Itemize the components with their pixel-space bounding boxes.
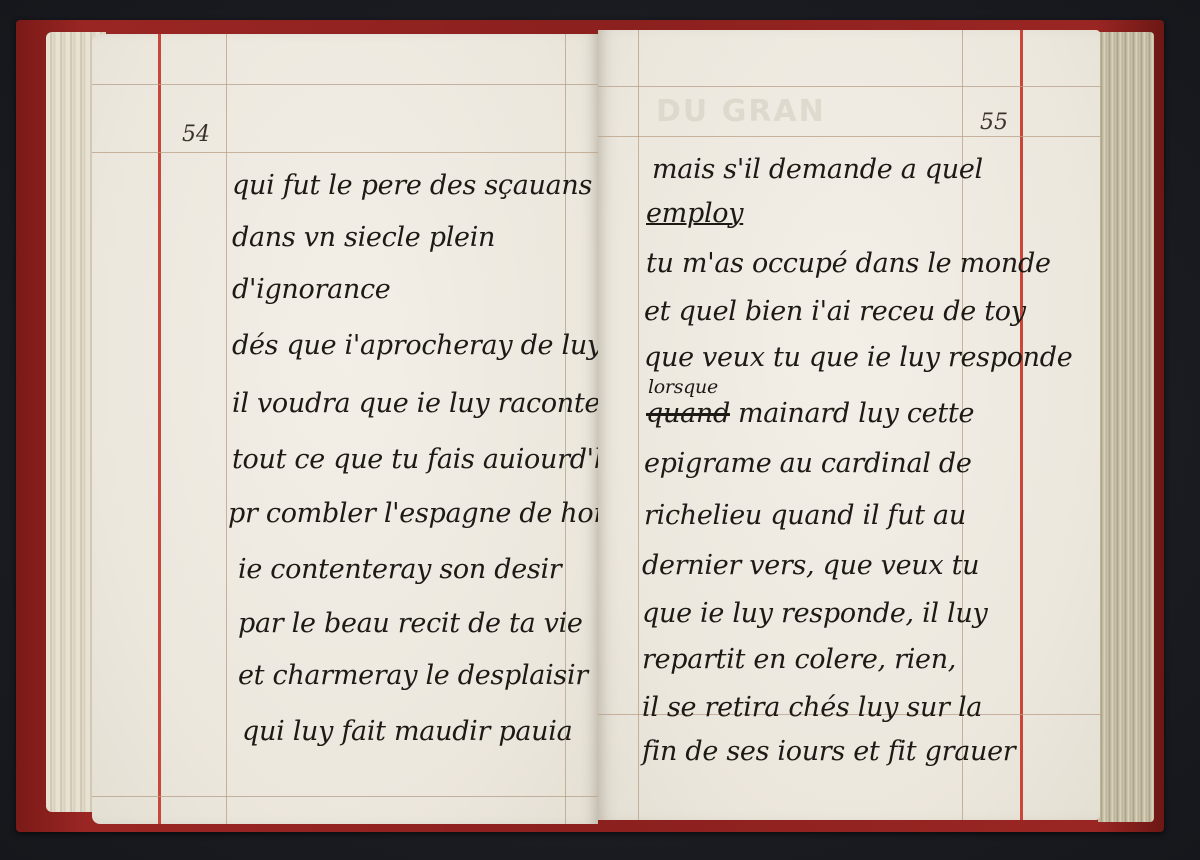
struck-word: quand	[646, 398, 730, 429]
handwritten-line: tu m'as occupé dans le monde	[646, 248, 1051, 279]
handwritten-line: qui luy fait maudir pauia	[242, 716, 572, 747]
right-fore-edge	[1098, 32, 1154, 822]
handwritten-line: pr combler l'espagne de honte	[228, 498, 637, 529]
handwritten-line: que veux tu que ie luy responde	[644, 342, 1072, 373]
handwritten-line: dernier vers, que veux tu	[642, 550, 979, 581]
handwritten-line: mais s'il demande a quel	[652, 154, 983, 185]
handwritten-line: epigrame au cardinal de	[644, 448, 972, 479]
handwritten-line: et quel bien i'ai receu de toy	[644, 296, 1026, 327]
handwritten-line: ie contenteray son desir	[238, 554, 561, 585]
handwritten-line: dans vn siecle plein	[232, 222, 495, 253]
handwritten-line: par le beau recit de ta vie	[238, 608, 583, 639]
handwritten-line: tout ce que tu fais auiourd'huy	[232, 444, 643, 475]
handwritten-line: il voudra que ie luy raconte	[232, 388, 600, 419]
handwritten-line: d'ignorance	[232, 274, 390, 305]
folio-number: 54	[182, 122, 210, 147]
handwritten-line: qui fut le pere des sçauans	[232, 170, 592, 201]
horizontal-rule	[92, 152, 598, 153]
bleed-through-print: DU GRAN	[656, 94, 826, 129]
handwritten-line: dés que i'aprocheray de luy	[232, 330, 602, 361]
horizontal-rule	[598, 86, 1100, 87]
handwritten-line: fin de ses iours et fit grauer	[642, 736, 1015, 767]
left-page: 54 qui fut le pere des sçauans dans vn s…	[92, 34, 598, 824]
handwritten-line: repartit en colere, rien,	[642, 644, 956, 675]
folio-number: 55	[980, 110, 1008, 135]
vertical-rule	[638, 30, 639, 820]
horizontal-rule	[92, 84, 598, 85]
handwritten-line: que ie luy responde, il luy	[642, 598, 987, 629]
handwritten-line: employ	[646, 198, 743, 229]
interlinear-correction: lorsque	[648, 376, 718, 398]
horizontal-rule	[92, 796, 598, 797]
handwritten-line: et charmeray le desplaisir	[238, 660, 588, 691]
handwritten-line: richelieu quand il fut au	[644, 500, 966, 531]
handwritten-line: mainard luy cette	[738, 398, 974, 429]
red-margin-rule	[1020, 30, 1023, 820]
horizontal-rule	[598, 136, 1100, 137]
right-page: DU GRAN 55 mais s'il demande a quel empl…	[598, 30, 1100, 820]
handwritten-line: il se retira chés luy sur la	[642, 692, 982, 723]
